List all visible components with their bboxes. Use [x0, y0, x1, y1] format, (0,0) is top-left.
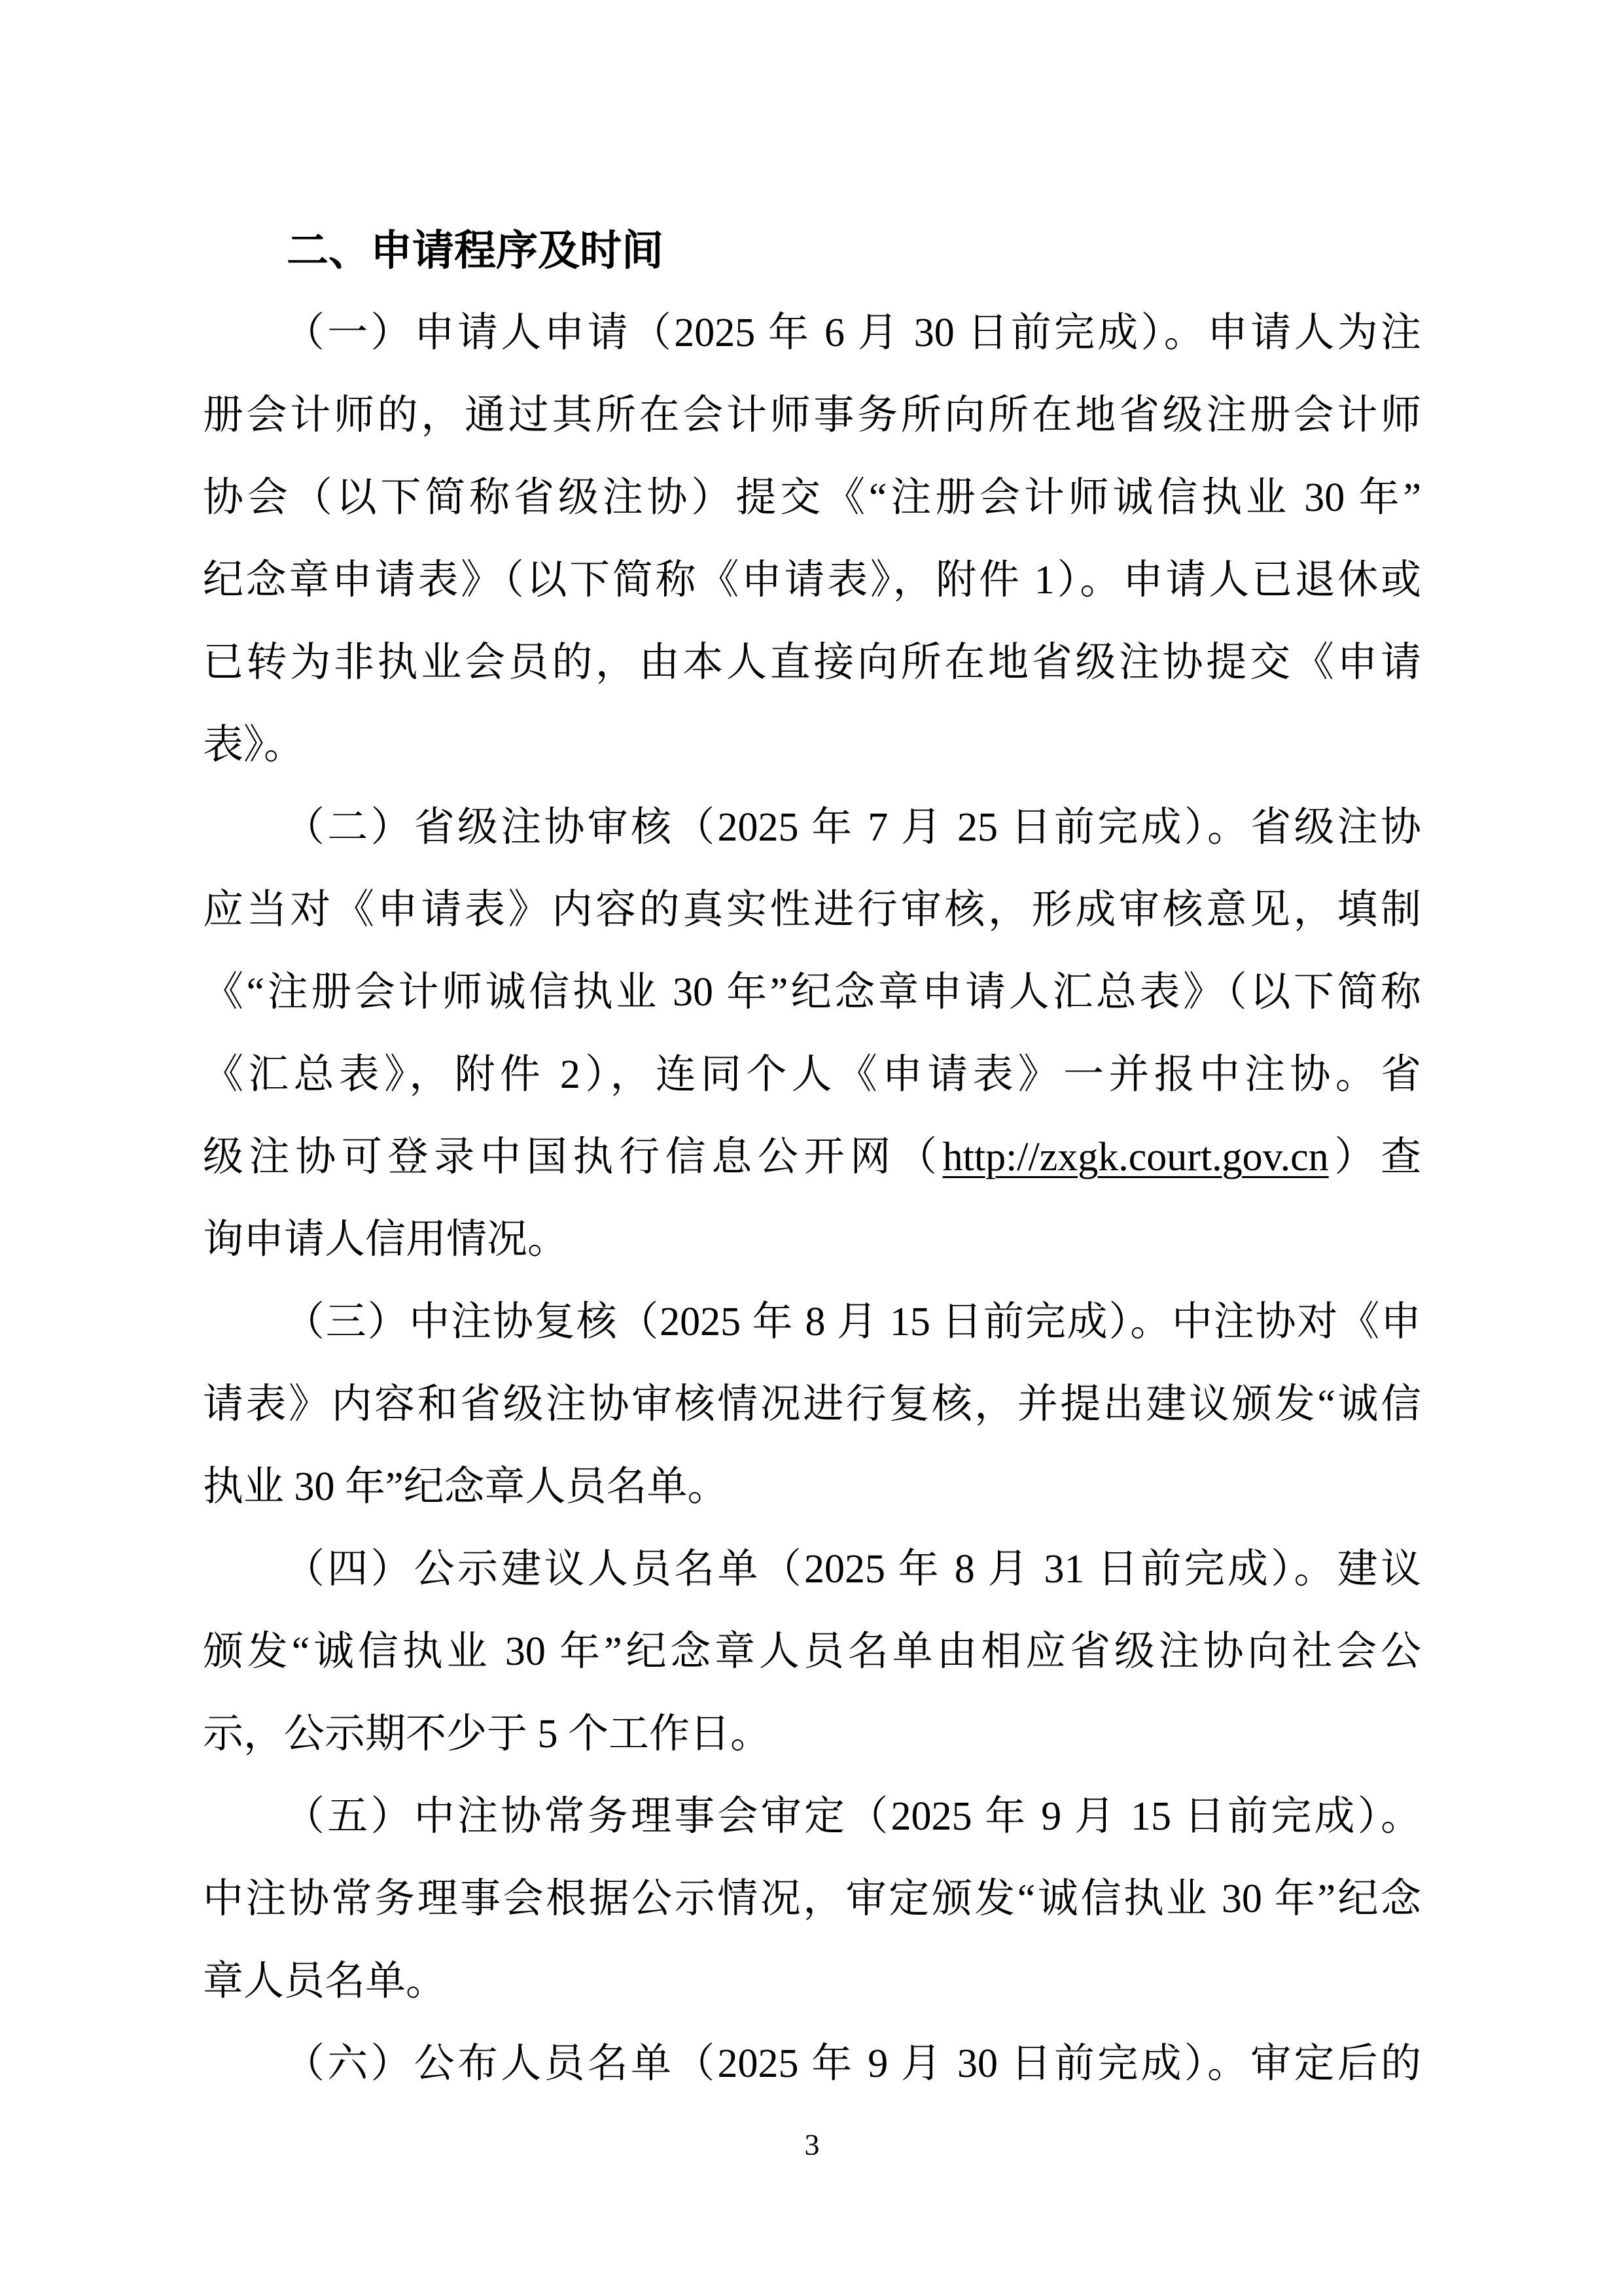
text-line: 纪念章申请表》（以下简称《申请表》，附件 1）。申请人已退休或	[203, 539, 1421, 621]
text-segment: 章人员名单。	[203, 1959, 446, 2004]
text-line: 《汇总表》，附件 2），连同个人《申请表》一并报中注协。省	[203, 1034, 1421, 1116]
text-segment: （五）中注协常务理事会审定（2025 年 9 月 15 日前完成）。	[284, 1794, 1421, 1839]
page-number: 3	[0, 2122, 1624, 2168]
text-segment: 《“注册会计师诚信执业 30 年”纪念章申请人汇总表》（以下简称	[203, 970, 1421, 1015]
hyperlink-text: http://zxgk.court.gov.cn	[943, 1135, 1329, 1179]
text-line: （四）公示建议人员名单（2025 年 8 月 31 日前完成）。建议	[203, 1528, 1421, 1610]
text-line: 中注协常务理事会根据公示情况，审定颁发“诚信执业 30 年”纪念	[203, 1858, 1421, 1940]
text-line: 请表》内容和省级注协审核情况进行复核，并提出建议颁发“诚信	[203, 1363, 1421, 1446]
text-line: 《“注册会计师诚信执业 30 年”纪念章申请人汇总表》（以下简称	[203, 951, 1421, 1034]
text-segment: 协会（以下简称省级注协）提交《“注册会计师诚信执业 30 年”	[203, 476, 1421, 520]
text-line: 执业 30 年”纪念章人员名单。	[203, 1446, 1421, 1528]
text-segment: 纪念章申请表》（以下简称《申请表》，附件 1）。申请人已退休或	[203, 558, 1421, 602]
text-line: （二）省级注协审核（2025 年 7 月 25 日前完成）。省级注协	[203, 786, 1421, 869]
text-segment: （二）省级注协审核（2025 年 7 月 25 日前完成）。省级注协	[284, 805, 1421, 850]
text-segment: （一）申请人申请（2025 年 6 月 30 日前完成）。申请人为注	[284, 311, 1421, 355]
text-segment: 《汇总表》，附件 2），连同个人《申请表》一并报中注协。省	[203, 1052, 1421, 1097]
text-segment: 已转为非执业会员的，由本人直接向所在地省级注协提交《申请	[203, 640, 1421, 685]
document-page: 二、申请程序及时间 （一）申请人申请（2025 年 6 月 30 日前完成）。申…	[0, 0, 1624, 2296]
text-segment: 表》。	[203, 723, 304, 767]
text-line: 表》。	[203, 704, 1421, 786]
text-segment: （四）公示建议人员名单（2025 年 8 月 31 日前完成）。建议	[284, 1547, 1421, 1592]
text-line: 询申请人信用情况。	[203, 1198, 1421, 1281]
text-segment: 级注协可登录中国执行信息公开网（	[203, 1135, 943, 1179]
text-line: 示，公示期不少于 5 个工作日。	[203, 1693, 1421, 1775]
text-segment: 颁发“诚信执业 30 年”纪念章人员名单由相应省级注协向社会公	[203, 1629, 1421, 1674]
text-segment: 册会计师的，通过其所在会计师事务所向所在地省级注册会计师	[203, 393, 1421, 438]
text-line: 协会（以下简称省级注协）提交《“注册会计师诚信执业 30 年”	[203, 457, 1421, 539]
text-segment: 执业 30 年”纪念章人员名单。	[203, 1465, 728, 1509]
text-line: 册会计师的，通过其所在会计师事务所向所在地省级注册会计师	[203, 374, 1421, 457]
text-line: 级注协可登录中国执行信息公开网（http://zxgk.court.gov.cn…	[203, 1116, 1421, 1198]
text-line: 颁发“诚信执业 30 年”纪念章人员名单由相应省级注协向社会公	[203, 1610, 1421, 1693]
text-line: （六）公布人员名单（2025 年 9 月 30 日前完成）。审定后的	[203, 2023, 1421, 2105]
text-segment: （三）中注协复核（2025 年 8 月 15 日前完成）。中注协对《申	[284, 1300, 1421, 1344]
text-segment: 示，公示期不少于 5 个工作日。	[203, 1712, 771, 1756]
section-heading: 二、申请程序及时间	[203, 209, 1421, 292]
text-line: 已转为非执业会员的，由本人直接向所在地省级注协提交《申请	[203, 621, 1421, 704]
text-segment: 请表》内容和省级注协审核情况进行复核，并提出建议颁发“诚信	[203, 1382, 1421, 1427]
text-line: 应当对《申请表》内容的真实性进行审核，形成审核意见，填制	[203, 869, 1421, 951]
text-segment: 应当对《申请表》内容的真实性进行审核，形成审核意见，填制	[203, 888, 1421, 932]
document-body: 二、申请程序及时间 （一）申请人申请（2025 年 6 月 30 日前完成）。申…	[203, 209, 1421, 2105]
text-segment: （六）公布人员名单（2025 年 9 月 30 日前完成）。审定后的	[284, 2042, 1421, 2086]
text-line: 章人员名单。	[203, 1940, 1421, 2023]
text-line: （五）中注协常务理事会审定（2025 年 9 月 15 日前完成）。	[203, 1775, 1421, 1858]
text-segment: ）查	[1329, 1135, 1421, 1179]
text-segment: 询申请人信用情况。	[203, 1217, 568, 1262]
text-line: （三）中注协复核（2025 年 8 月 15 日前完成）。中注协对《申	[203, 1281, 1421, 1363]
text-segment: 中注协常务理事会根据公示情况，审定颁发“诚信执业 30 年”纪念	[203, 1877, 1421, 1921]
text-line: （一）申请人申请（2025 年 6 月 30 日前完成）。申请人为注	[203, 292, 1421, 374]
